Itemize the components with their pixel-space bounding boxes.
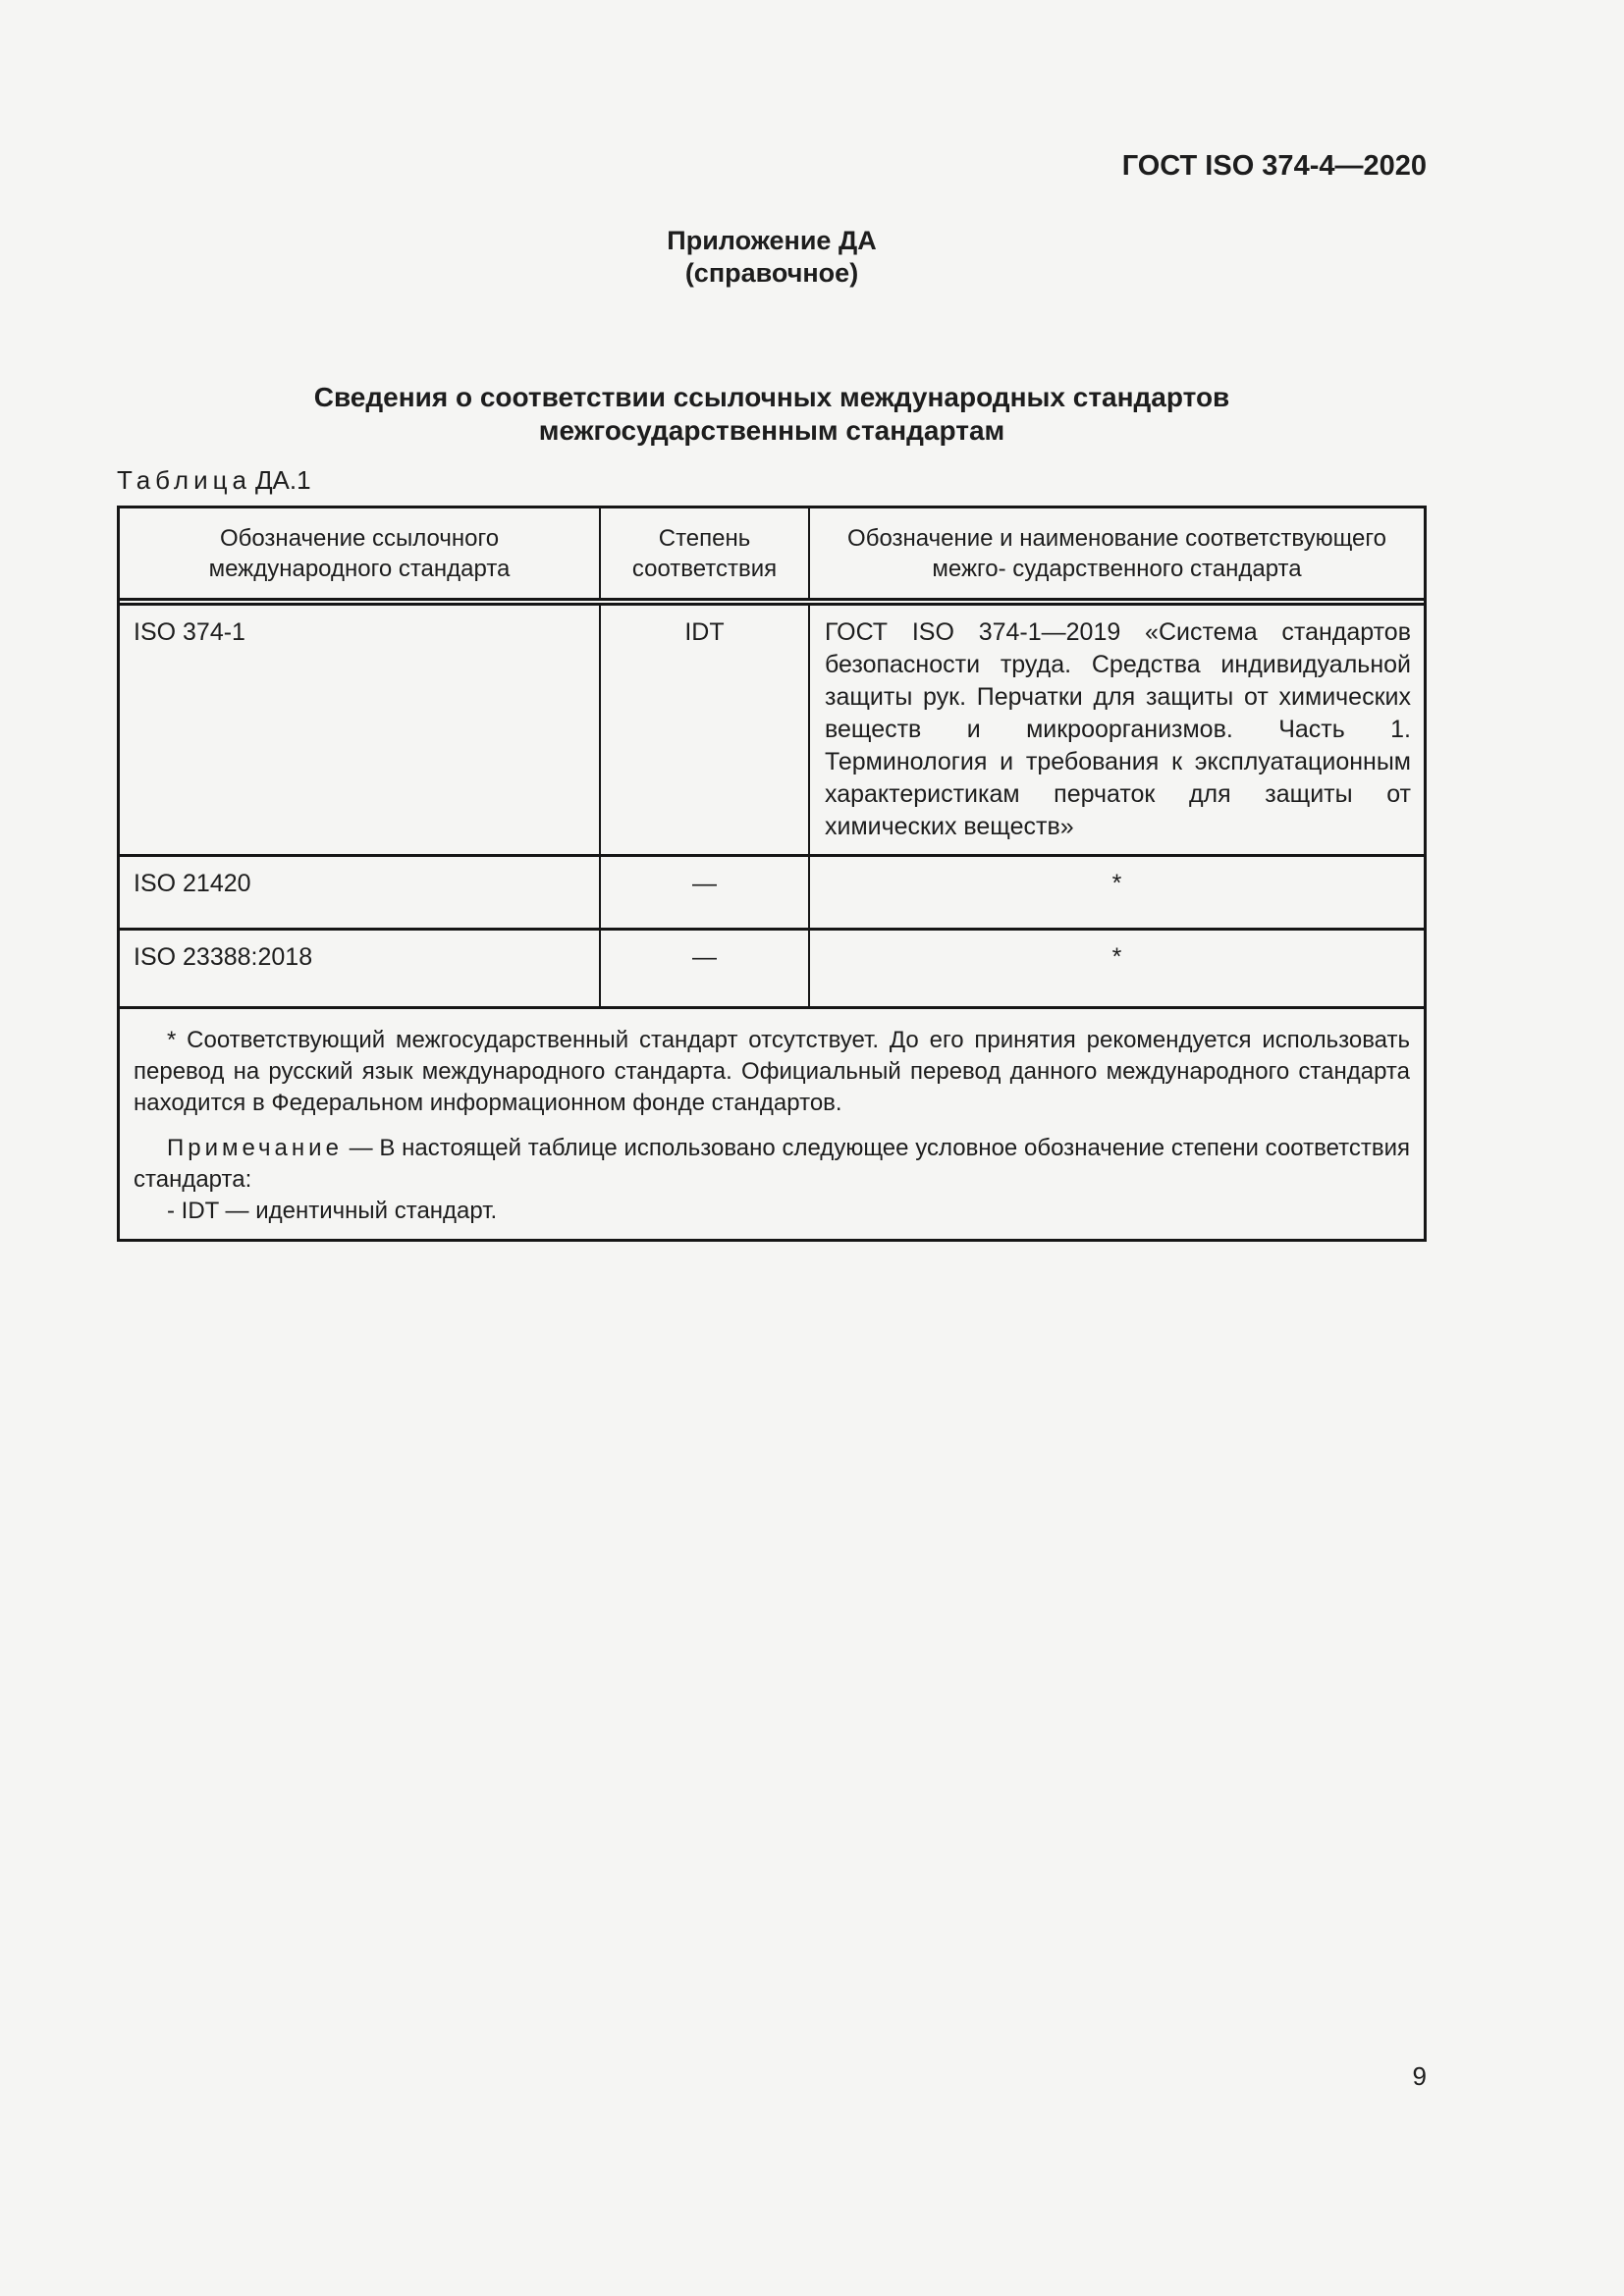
correspondence-table: Обозначение ссылочного международного ст…	[117, 506, 1427, 1242]
document-page: { "page": { "doc_number": "ГОСТ ISO 374-…	[0, 0, 1624, 2296]
page-content: ГОСТ ISO 374-4—2020 Приложение ДА (справ…	[0, 0, 1624, 1242]
standard-cell: ISO 374-1	[120, 602, 600, 856]
degree-cell: IDT	[600, 602, 809, 856]
note-label: Примечание	[167, 1135, 343, 1161]
column-header-interstate-standard: Обозначение и наименование соответствующ…	[809, 508, 1424, 602]
appendix-title: Приложение ДА	[117, 225, 1427, 257]
table-footnote-section: * Соответствующий межгосударственный ста…	[120, 1006, 1424, 1239]
note-list-item: - IDT — идентичный стандарт.	[134, 1196, 1410, 1227]
column-header-degree: Степень соответствия	[600, 508, 809, 602]
standard-cell: ISO 23388:2018	[120, 930, 600, 1006]
correspondence-cell: *	[809, 856, 1424, 930]
section-title: Сведения о соответствии ссылочных междун…	[281, 381, 1263, 448]
degree-cell: —	[600, 856, 809, 930]
table-grid: Обозначение ссылочного международного ст…	[120, 508, 1424, 1006]
footnote-text: * Соответствующий межгосударственный ста…	[134, 1025, 1410, 1119]
document-number-header: ГОСТ ISO 374-4—2020	[117, 0, 1427, 182]
table-note: Примечание — В настоящей таблице использ…	[134, 1133, 1410, 1196]
table-row: ISO 374-1 IDT ГОСТ ISO 374-1—2019 «Систе…	[120, 602, 1424, 856]
table-row: ISO 21420 — *	[120, 856, 1424, 930]
table-row: ISO 23388:2018 — *	[120, 930, 1424, 1006]
standard-cell: ISO 21420	[120, 856, 600, 930]
table-label-word: Таблица	[117, 465, 251, 495]
table-header-row: Обозначение ссылочного международного ст…	[120, 508, 1424, 602]
degree-cell: —	[600, 930, 809, 1006]
page-number: 9	[1413, 2061, 1427, 2091]
column-header-reference-standard: Обозначение ссылочного международного ст…	[120, 508, 600, 602]
appendix-heading: Приложение ДА (справочное)	[117, 225, 1427, 290]
table-label: ТаблицаДА.1	[117, 466, 1427, 494]
correspondence-cell: *	[809, 930, 1424, 1006]
table-label-number: ДА.1	[255, 465, 311, 495]
appendix-subtitle: (справочное)	[117, 257, 1427, 290]
correspondence-cell: ГОСТ ISO 374-1—2019 «Система стандартов …	[809, 602, 1424, 856]
